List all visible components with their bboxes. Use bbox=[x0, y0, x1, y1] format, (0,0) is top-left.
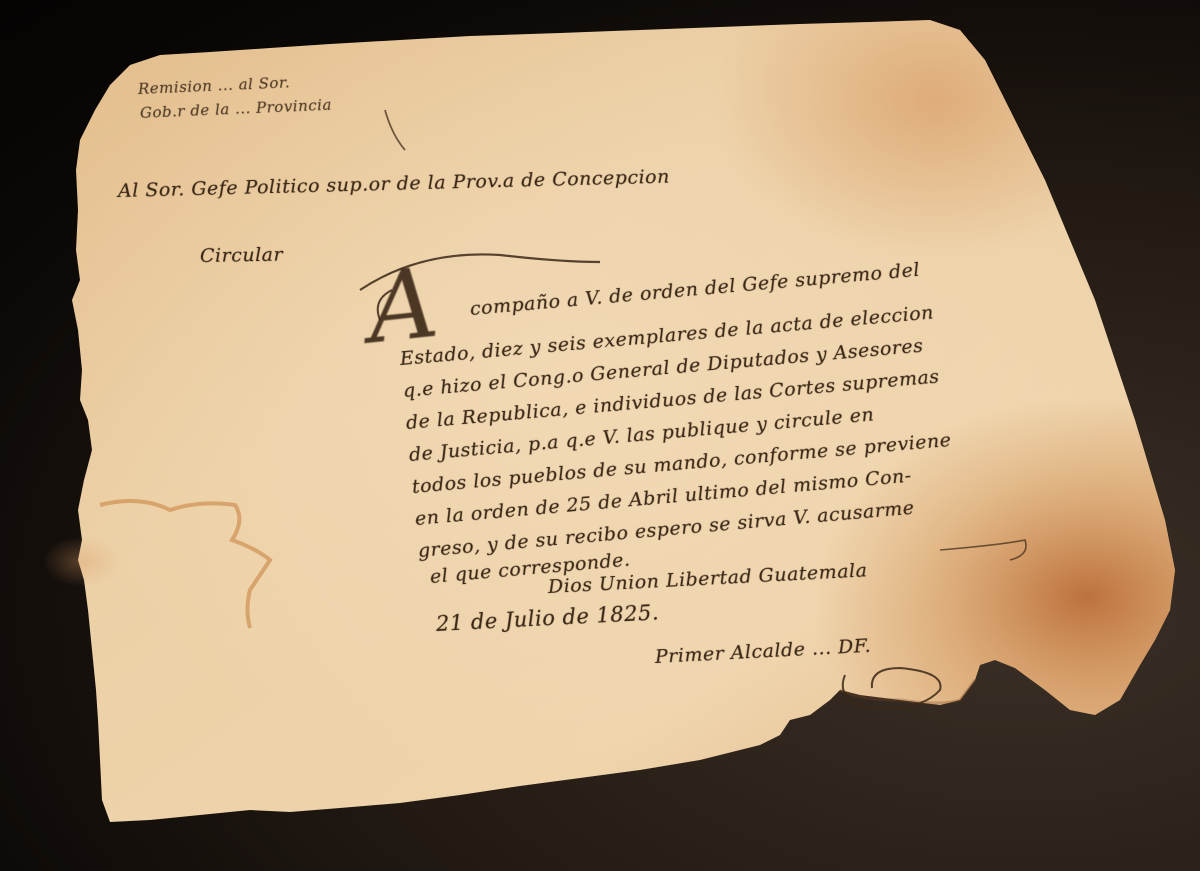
circular-label: Circular bbox=[200, 244, 283, 267]
water-stain bbox=[40, 450, 320, 630]
document-photo: Remision ... al Sor. Gob.r de la ... Pro… bbox=[0, 0, 1200, 871]
